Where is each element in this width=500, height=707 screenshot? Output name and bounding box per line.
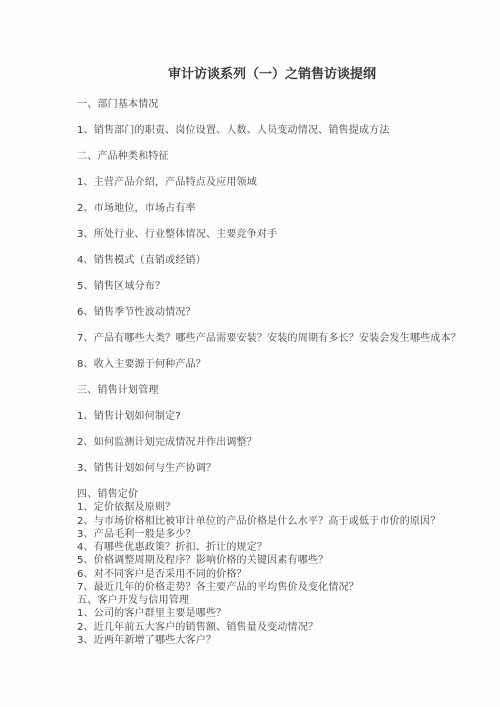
question-line: 7、产品有哪些大类？哪些产品需要安装？安装的周期有多长？安装会发生哪些成本？	[77, 332, 467, 345]
question-line: 1、主营产品介绍，产品特点及应用领域	[77, 176, 467, 189]
question-line: 8、收入主要源于何种产品？	[77, 358, 467, 371]
question-line: 1、销售计划如何制定?	[77, 410, 467, 423]
section-heading: 一、部门基本情况	[77, 98, 467, 111]
question-line: 3、所处行业、行业整体情况、主要竞争对手	[77, 228, 467, 241]
section-product-types: 二、产品种类和特征 1、主营产品介绍，产品特点及应用领域 2、市场地位，市场占有…	[77, 150, 467, 371]
section-heading: 五、客户开发与信用管理	[77, 594, 467, 607]
document-page: 审计访谈系列（一）之销售访谈提纲 一、部门基本情况 1、销售部门的职责、岗位设置…	[0, 0, 500, 707]
question-line: 1、公司的客户群里主要是哪些？	[77, 607, 467, 620]
section-heading: 二、产品种类和特征	[77, 150, 467, 163]
section-heading: 四、销售定价	[77, 488, 467, 501]
question-line: 3、销售计划如何与生产协调？	[77, 462, 467, 475]
section-dept-basics: 一、部门基本情况 1、销售部门的职责、岗位设置、人数、人员变动情况、销售提成方法	[77, 98, 467, 137]
document-title: 审计访谈系列（一）之销售访谈提纲	[77, 68, 467, 82]
question-line: 2、市场地位，市场占有率	[77, 202, 467, 215]
question-line: 5、销售区域分布？	[77, 280, 467, 293]
question-line: 3、近两年新增了哪些大客户？	[77, 634, 467, 647]
question-line: 5、价格调整周期及程序？影响价格的关键因素有哪些？	[77, 554, 467, 567]
question-line: 2、如何监测计划完成情况并作出调整？	[77, 436, 467, 449]
question-line: 2、近几年前五大客户的销售额、销售量及变动情况？	[77, 621, 467, 634]
section-customer-credit: 五、客户开发与信用管理 1、公司的客户群里主要是哪些？ 2、近几年前五大客户的销…	[77, 594, 467, 647]
section-heading: 三、销售计划管理	[77, 384, 467, 397]
question-line: 6、对不同客户是否采用不同的价格？	[77, 568, 467, 581]
question-line: 4、销售模式（直销或经销）	[77, 254, 467, 267]
question-line: 6、销售季节性波动情况？	[77, 306, 467, 319]
section-sales-planning: 三、销售计划管理 1、销售计划如何制定? 2、如何监测计划完成情况并作出调整？ …	[77, 384, 467, 475]
question-line: 1、销售部门的职责、岗位设置、人数、人员变动情况、销售提成方法	[77, 124, 467, 137]
question-line: 7、最近几年的价格走势？各主要产品的平均售价及变化情况？	[77, 581, 467, 594]
question-line: 2、与市场价格相比被审计单位的产品价格是什么水平？高于或低于市价的原因？	[77, 515, 467, 528]
question-line: 3、产品毛利一般是多少？	[77, 528, 467, 541]
section-sales-pricing: 四、销售定价 1、定价依据及原则？ 2、与市场价格相比被审计单位的产品价格是什么…	[77, 488, 467, 594]
question-line: 1、定价依据及原则？	[77, 501, 467, 514]
question-line: 4、有哪些优惠政策？折扣、折让的规定？	[77, 541, 467, 554]
